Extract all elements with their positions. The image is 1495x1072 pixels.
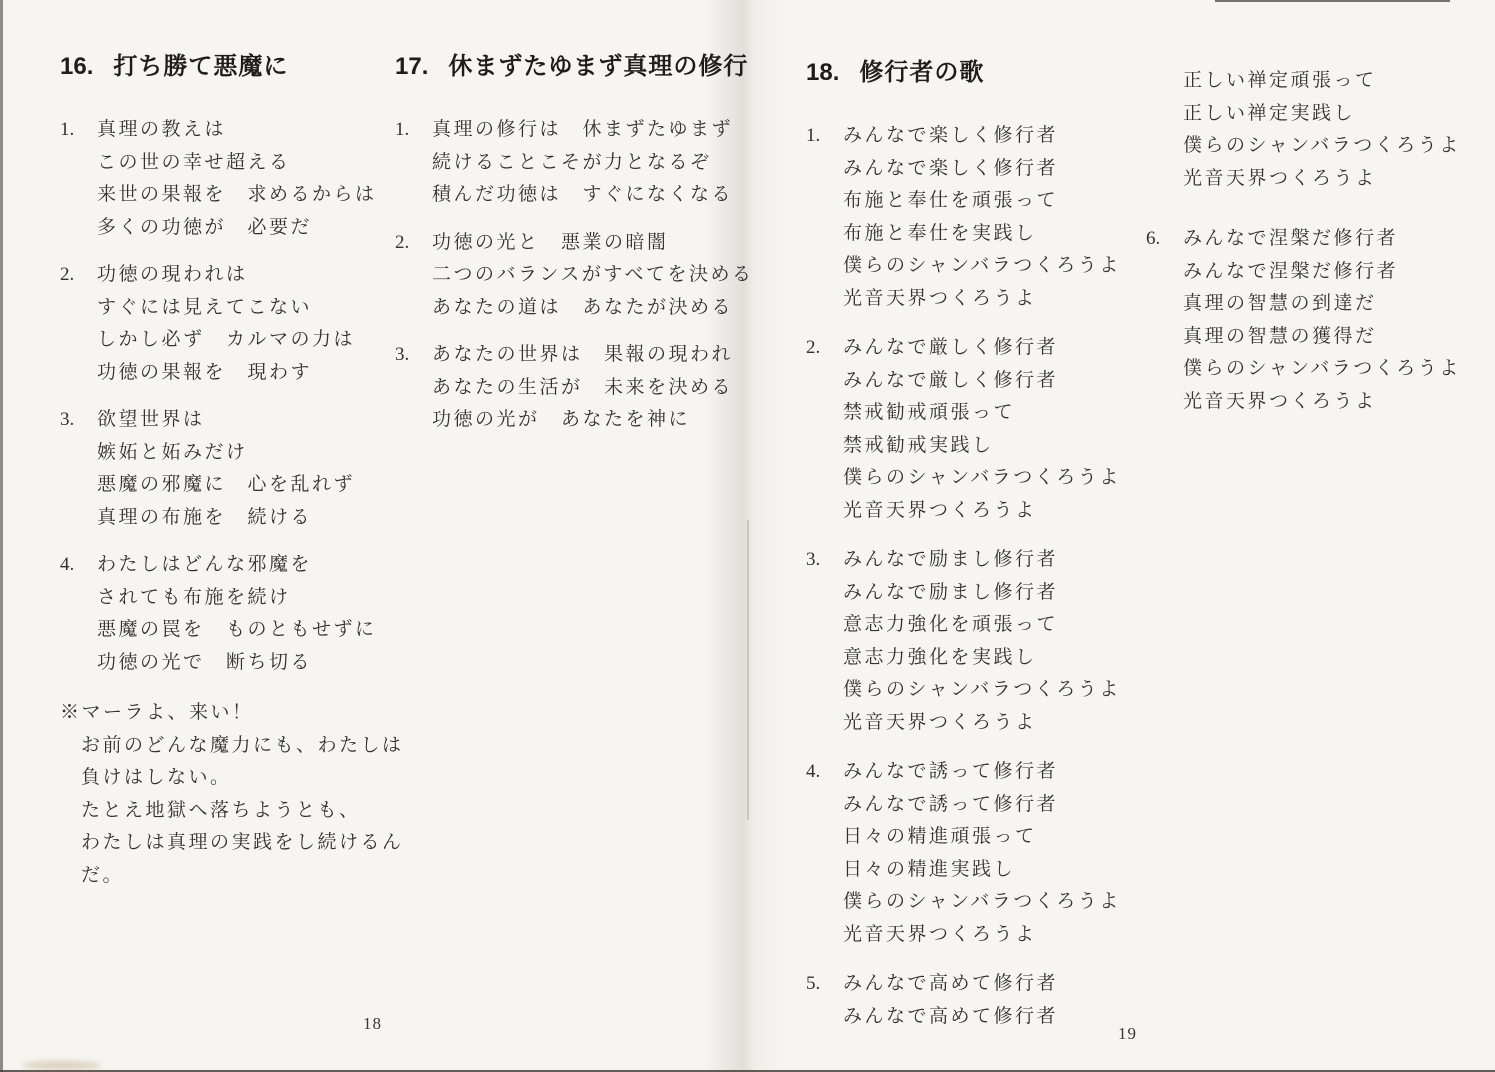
lyric-line: 功徳の光が あなたを神に [432, 404, 733, 437]
verse-lines: みんなで励まし修行者みんなで励まし修行者意志力強化を頑張って意志力強化を実践し僕… [843, 544, 1121, 739]
verse: 3.あなたの世界は 果報の現われあなたの生活が 未来を決める功徳の光が あなたを… [395, 339, 725, 437]
lyric-line: みんなで誘って修行者 [843, 756, 1121, 789]
lyric-line: みんなで楽しく修行者 [843, 153, 1121, 186]
verse-lines: 功徳の現われはすぐには見えてこないしかし必ず カルマの力は功徳の果報を 現わす [97, 259, 355, 389]
lyric-line: 二つのバランスがすべてを決める [432, 259, 754, 292]
verse-lines: みんなで厳しく修行者みんなで厳しく修行者禁戒勧戒頑張って禁戒勧戒実践し僕らのシャ… [843, 332, 1121, 527]
lyric-line: 来世の果報を 求めるからは [97, 179, 377, 212]
verse: 2.功徳の光と 悪業の暗闇二つのバランスがすべてを決めるあなたの道は あなたが決… [395, 227, 725, 325]
song-18-title: 18.修行者の歌 [806, 56, 1136, 90]
verse: 1.真理の教えはこの世の幸せ超える来世の果報を 求めるからは多くの功徳が 必要だ [60, 114, 400, 244]
song-18-verses-col1: 1.みんなで楽しく修行者みんなで楽しく修行者布施と奉仕を頑張って布施と奉仕を実践… [806, 120, 1136, 1033]
song-16-verses: 1.真理の教えはこの世の幸せ超える来世の果報を 求めるからは多くの功徳が 必要だ… [60, 114, 400, 679]
verse: 4.みんなで誘って修行者みんなで誘って修行者日々の精進頑張って日々の精進実践し僕… [806, 756, 1136, 951]
lyric-line: あなたの世界は 果報の現われ [432, 339, 733, 372]
verse: 4.わたしはどんな邪魔をされても布施を続け悪魔の罠を ものともせずに功徳の光で … [60, 549, 400, 679]
lyric-line: 僕らのシャンバラつくろうよ [1183, 130, 1486, 163]
lyric-line: あなたの生活が 未来を決める [432, 372, 733, 405]
lyric-line: 光音天界つくろうよ [1183, 163, 1486, 196]
verse-lines: あなたの世界は 果報の現われあなたの生活が 未来を決める功徳の光が あなたを神に [432, 339, 733, 437]
lyric-line: みんなで誘って修行者 [843, 789, 1121, 822]
lyric-line: だ。 [81, 860, 400, 893]
verse: 1.みんなで楽しく修行者みんなで楽しく修行者布施と奉仕を頑張って布施と奉仕を実践… [806, 120, 1136, 315]
lyric-line: 僕らのシャンバラつくろうよ [843, 674, 1121, 707]
lyric-line: 嫉妬と妬みだけ [97, 437, 355, 470]
verse: 2.みんなで厳しく修行者みんなで厳しく修行者禁戒勧戒頑張って禁戒勧戒実践し僕らの… [806, 332, 1136, 527]
lyric-line: されても布施を続け [97, 582, 377, 615]
lyric-line: 積んだ功徳は すぐになくなる [432, 179, 733, 212]
lyric-line: 真理の修行は 休まずたゆまず [432, 114, 733, 147]
lyric-line: しかし必ず カルマの力は [97, 324, 355, 357]
lyric-line: 光音天界つくろうよ [1183, 386, 1461, 419]
lyric-line: 功徳の現われは [97, 259, 355, 292]
lyric-line: 負けはしない。 [81, 762, 400, 795]
lyric-line: 布施と奉仕を実践し [843, 218, 1121, 251]
verse-lines: みんなで涅槃だ修行者みんなで涅槃だ修行者真理の智慧の到達だ真理の智慧の獲得だ僕ら… [1183, 223, 1461, 418]
lyric-line: 禁戒勧戒頑張って [843, 397, 1121, 430]
lyric-line: 続けることこそが力となるぞ [432, 147, 733, 180]
lyric-line: 真理の智慧の到達だ [1183, 288, 1461, 321]
verse-lines: 真理の修行は 休まずたゆまず続けることこそが力となるぞ積んだ功徳は すぐになくな… [432, 114, 733, 212]
song-18-column-1: 18.修行者の歌 1.みんなで楽しく修行者みんなで楽しく修行者布施と奉仕を頑張っ… [806, 56, 1136, 1050]
lyric-line: 僕らのシャンバラつくろうよ [1183, 353, 1461, 386]
verse: 6.みんなで涅槃だ修行者みんなで涅槃だ修行者真理の智慧の到達だ真理の智慧の獲得だ… [1146, 223, 1486, 418]
scan-smudge [22, 1061, 102, 1070]
verse: 3.欲望世界は嫉妬と妬みだけ悪魔の邪魔に 心を乱れず真理の布施を 続ける [60, 404, 400, 534]
verse-number: 6. [1146, 223, 1183, 418]
verse-number: 1. [806, 120, 843, 315]
song-18-column-2: 正しい禅定頑張って正しい禅定実践し僕らのシャンバラつくろうよ光音天界つくろうよ … [1146, 65, 1486, 435]
lyric-line: 功徳の光で 断ち切る [97, 647, 377, 680]
lyric-line: 光音天界つくろうよ [843, 495, 1121, 528]
lyric-line: あなたの道は あなたが決める [432, 292, 754, 325]
lyric-line: 功徳の光と 悪業の暗闇 [432, 227, 754, 260]
lyric-line: みんなで涅槃だ修行者 [1183, 223, 1461, 256]
lyric-line: 悪魔の邪魔に 心を乱れず [97, 469, 355, 502]
verse-number: 1. [60, 114, 97, 244]
lyric-line: たとえ地獄へ落ちようとも、 [81, 795, 400, 828]
lyric-line: 功徳の果報を 現わす [97, 357, 355, 390]
lyric-line: 真理の智慧の獲得だ [1183, 321, 1461, 354]
song-17-title-text: 休まずたゆまず真理の修行 [448, 53, 748, 80]
lyric-line: 僕らのシャンバラつくろうよ [843, 250, 1121, 283]
lyric-line: 布施と奉仕を頑張って [843, 185, 1121, 218]
lyric-line: 光音天界つくろうよ [843, 707, 1121, 740]
verse-number: 2. [395, 227, 432, 325]
verse-lines: 真理の教えはこの世の幸せ超える来世の果報を 求めるからは多くの功徳が 必要だ [97, 114, 377, 244]
verse: 1.真理の修行は 休まずたゆまず続けることこそが力となるぞ積んだ功徳は すぐにな… [395, 114, 725, 212]
lyric-line: この世の幸せ超える [97, 147, 377, 180]
verse: 5.みんなで高めて修行者みんなで高めて修行者 [806, 968, 1136, 1033]
verse-number: 2. [806, 332, 843, 527]
verse-lines: 欲望世界は嫉妬と妬みだけ悪魔の邪魔に 心を乱れず真理の布施を 続ける [97, 404, 355, 534]
lyric-line: わたしはどんな邪魔を [97, 549, 377, 582]
verse-number: 4. [60, 549, 97, 679]
lyric-line: 僕らのシャンバラつくろうよ [843, 462, 1121, 495]
lyric-line: ※マーラよ、来い！ [60, 697, 400, 730]
lyric-line: 日々の精進実践し [843, 854, 1121, 887]
song-18-verses-col2: 6.みんなで涅槃だ修行者みんなで涅槃だ修行者真理の智慧の到達だ真理の智慧の獲得だ… [1146, 223, 1486, 418]
verse-number: 3. [806, 544, 843, 739]
lyric-line: みんなで励まし修行者 [843, 544, 1121, 577]
lyric-line: 正しい禅定実践し [1183, 98, 1486, 131]
song-16-mara-note: ※マーラよ、来い！お前のどんな魔力にも、わたしは負けはしない。たとえ地獄へ落ちよ… [60, 697, 400, 892]
lyric-line: みんなで涅槃だ修行者 [1183, 256, 1461, 289]
song-16-number: 16. [60, 53, 93, 80]
lyric-line: 悪魔の罠を ものともせずに [97, 614, 377, 647]
verse-lines: 功徳の光と 悪業の暗闇二つのバランスがすべてを決めるあなたの道は あなたが決める [432, 227, 754, 325]
lyric-line: みんなで高めて修行者 [843, 1001, 1058, 1034]
song-17-verses: 1.真理の修行は 休まずたゆまず続けることこそが力となるぞ積んだ功徳は すぐにな… [395, 114, 725, 437]
book-spread: 16.打ち勝て悪魔に 1.真理の教えはこの世の幸せ超える来世の果報を 求めるから… [0, 0, 1495, 1072]
song-16-column: 16.打ち勝て悪魔に 1.真理の教えはこの世の幸せ超える来世の果報を 求めるから… [60, 50, 400, 892]
lyric-line: 僕らのシャンバラつくろうよ [843, 886, 1121, 919]
verse-lines: わたしはどんな邪魔をされても布施を続け悪魔の罠を ものともせずに功徳の光で 断ち… [97, 549, 377, 679]
verse-number: 3. [60, 404, 97, 534]
lyric-line: 光音天界つくろうよ [843, 283, 1121, 316]
song-17-title: 17.休まずたゆまず真理の修行 [395, 50, 725, 84]
verse-number: 4. [806, 756, 843, 951]
lyric-line: 日々の精進頑張って [843, 821, 1121, 854]
verse-number: 2. [60, 259, 97, 389]
verse-lines: みんなで楽しく修行者みんなで楽しく修行者布施と奉仕を頑張って布施と奉仕を実践し僕… [843, 120, 1121, 315]
lyric-line: お前のどんな魔力にも、わたしは [81, 730, 400, 763]
verse: 3.みんなで励まし修行者みんなで励まし修行者意志力強化を頑張って意志力強化を実践… [806, 544, 1136, 739]
lyric-line: 真理の布施を 続ける [97, 502, 355, 535]
verse-number: 3. [395, 339, 432, 437]
song-18-verse5-continuation: 正しい禅定頑張って正しい禅定実践し僕らのシャンバラつくろうよ光音天界つくろうよ [1146, 65, 1486, 195]
lyric-line: みんなで高めて修行者 [843, 968, 1058, 1001]
song-16-title-text: 打ち勝て悪魔に [113, 53, 288, 80]
right-page-number: 19 [1118, 1024, 1137, 1044]
lyric-line: 意志力強化を頑張って [843, 609, 1121, 642]
scan-edge-left [0, 0, 3, 1072]
song-18-number: 18. [806, 59, 839, 86]
verse-number: 5. [806, 968, 843, 1033]
lyric-line: 光音天界つくろうよ [843, 919, 1121, 952]
lyric-line: みんなで厳しく修行者 [843, 365, 1121, 398]
song-16-title: 16.打ち勝て悪魔に [60, 50, 400, 84]
lyric-line: 正しい禅定頑張って [1183, 65, 1486, 98]
lyric-line: すぐには見えてこない [97, 292, 355, 325]
lyric-line: 欲望世界は [97, 404, 355, 437]
verse-lines: みんなで高めて修行者みんなで高めて修行者 [843, 968, 1058, 1033]
left-page-number: 18 [363, 1014, 382, 1034]
lyric-line: 真理の教えは [97, 114, 377, 147]
lyric-line: 意志力強化を実践し [843, 642, 1121, 675]
lyric-line: みんなで楽しく修行者 [843, 120, 1121, 153]
lyric-line: みんなで厳しく修行者 [843, 332, 1121, 365]
song-17-number: 17. [395, 53, 428, 80]
lyric-line: 禁戒勧戒実践し [843, 430, 1121, 463]
lyric-line: みんなで励まし修行者 [843, 577, 1121, 610]
verse-lines: みんなで誘って修行者みんなで誘って修行者日々の精進頑張って日々の精進実践し僕らの… [843, 756, 1121, 951]
lyric-line: わたしは真理の実践をし続けるん [81, 827, 400, 860]
verse: 2.功徳の現われはすぐには見えてこないしかし必ず カルマの力は功徳の果報を 現わ… [60, 259, 400, 389]
scan-edge-top-right [1215, 0, 1450, 2]
lyric-line: 多くの功徳が 必要だ [97, 212, 377, 245]
verse-number: 1. [395, 114, 432, 212]
song-17-column: 17.休まずたゆまず真理の修行 1.真理の修行は 休まずたゆまず続けることこそが… [395, 50, 725, 452]
song-18-title-text: 修行者の歌 [859, 59, 984, 86]
binding-crease [747, 520, 749, 820]
